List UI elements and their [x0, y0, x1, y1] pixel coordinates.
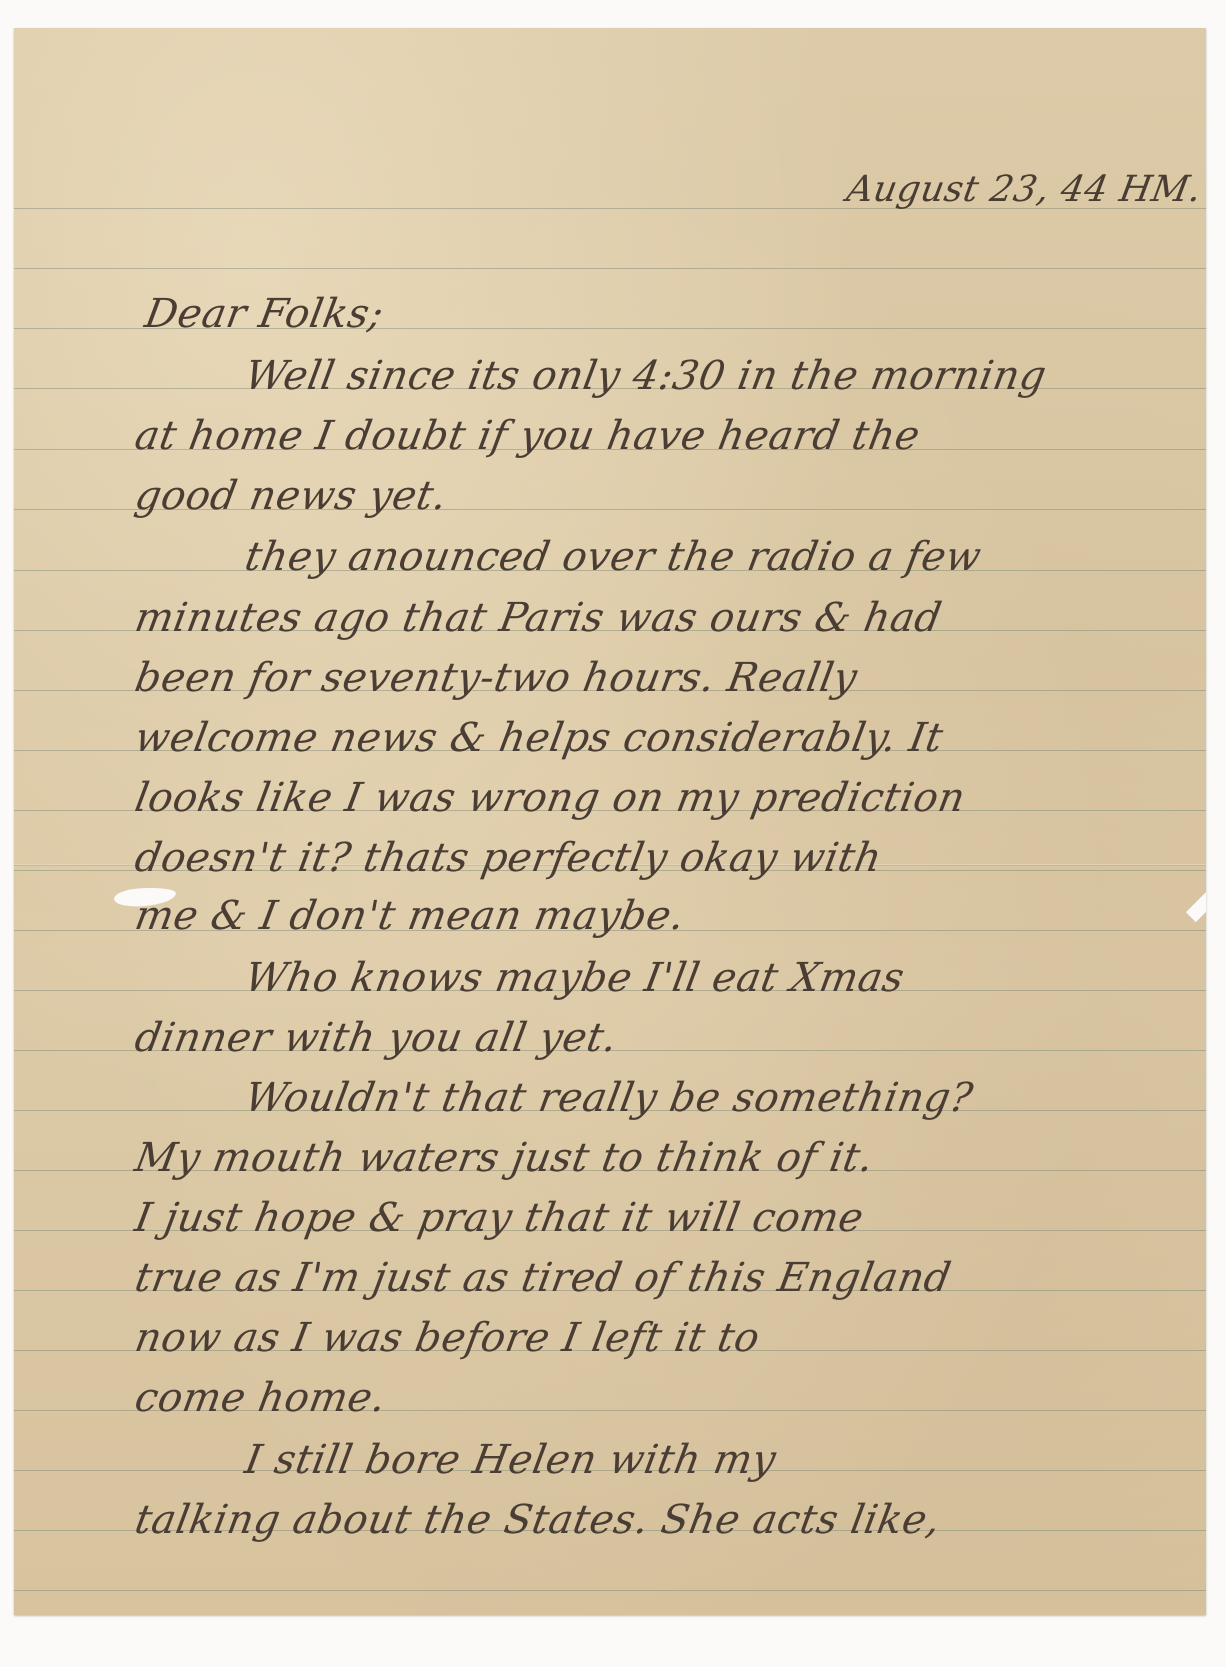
letter-line: come home.	[132, 1378, 389, 1418]
letter-line: Who knows maybe I'll eat Xmas	[242, 958, 907, 998]
letter-page: August 23, 44 HM. Dear Folks; Well since…	[14, 28, 1206, 1615]
letter-line: at home I doubt if you have heard the	[132, 416, 923, 456]
letter-line: I just hope & pray that it will come	[132, 1198, 867, 1238]
letter-line: dinner with you all yet.	[132, 1018, 620, 1058]
letter-line: me & I don't mean maybe.	[132, 896, 688, 936]
letter-date: August 23, 44 HM.	[844, 172, 1204, 208]
letter-line: been for seventy-two hours. Really	[132, 658, 860, 698]
letter-line: minutes ago that Paris was ours & had	[132, 598, 945, 638]
letter-line: Well since its only 4:30 in the morning	[242, 356, 1049, 396]
letter-line: My mouth waters just to think of it.	[132, 1138, 877, 1178]
paper-notch	[1186, 884, 1206, 922]
letter-line: looks like I was wrong on my prediction	[132, 778, 968, 818]
letter-line: good news yet.	[132, 476, 450, 516]
ruled-line	[14, 268, 1206, 269]
letter-line: doesn't it? thats perfectly okay with	[132, 838, 885, 878]
letter-line: talking about the States. She acts like,	[132, 1500, 944, 1540]
letter-salutation: Dear Folks;	[142, 294, 387, 334]
letter-line: I still bore Helen with my	[242, 1440, 779, 1480]
letter-line: true as I'm just as tired of this Englan…	[132, 1258, 954, 1298]
ruled-line	[14, 1590, 1206, 1591]
letter-line: they anounced over the radio a few	[242, 537, 984, 577]
letter-line: welcome news & helps considerably. It	[132, 718, 946, 758]
letter-line: now as I was before I left it to	[132, 1318, 763, 1358]
letter-line: Wouldn't that really be something?	[242, 1078, 976, 1118]
